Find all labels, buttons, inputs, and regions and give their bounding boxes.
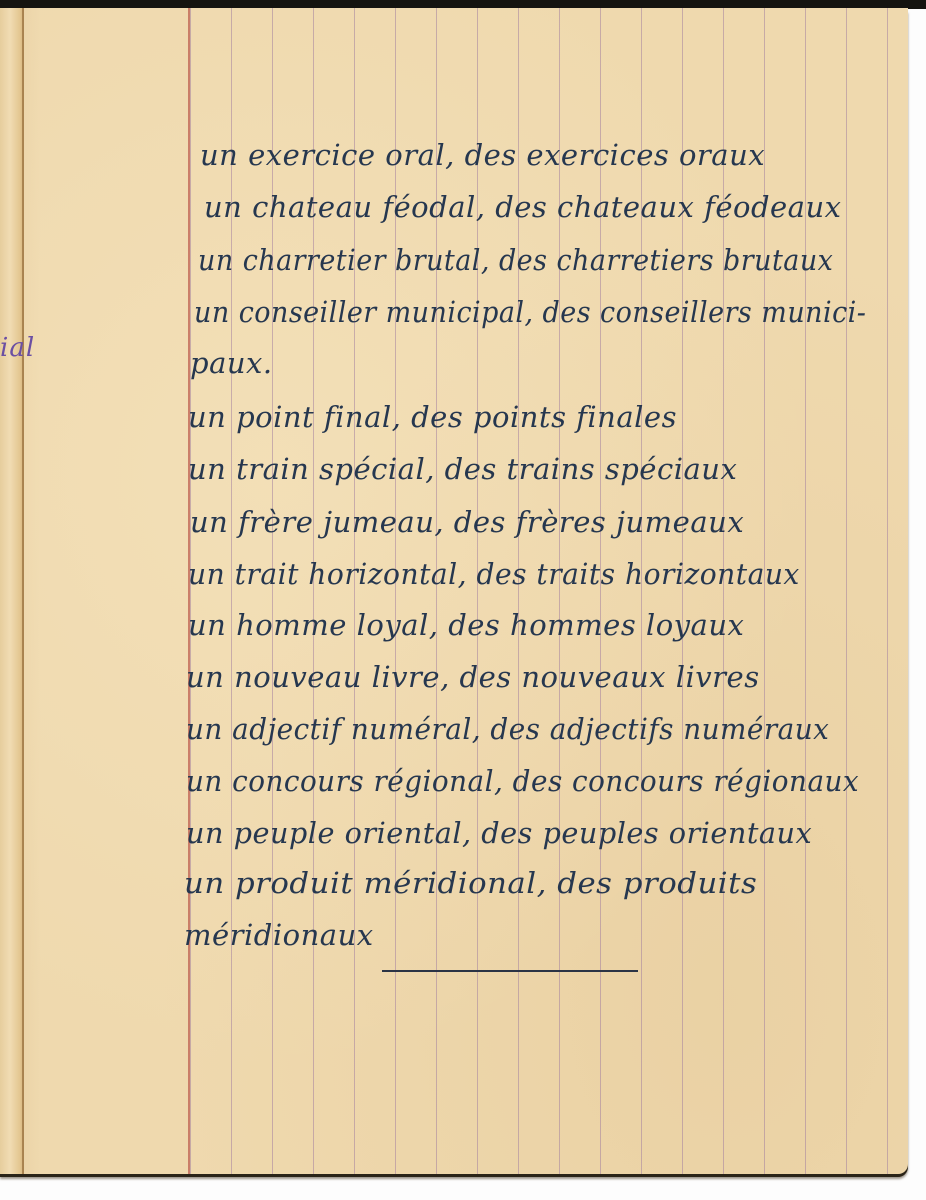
text-line-12: un adjectif numéral, des adjectifs numér… xyxy=(186,712,829,746)
text-line-7: un train spécial, des trains spéciaux xyxy=(188,452,737,486)
text-line-11: un nouveau livre, des nouveaux livres xyxy=(186,660,760,694)
text-line-1: un exercice oral, des exercices oraux xyxy=(200,138,765,172)
text-line-14: un peuple oriental, des peuples orientau… xyxy=(186,816,812,850)
text-line-6: un point final, des points finales xyxy=(188,400,677,434)
text-line-5: paux. xyxy=(190,346,273,380)
closing-underline xyxy=(382,970,638,972)
text-line-15: un produit méridional, des produits xyxy=(184,866,757,900)
handwritten-text: un exercice oral, des exercices oraux un… xyxy=(0,8,908,1174)
text-line-10: un homme loyal, des hommes loyaux xyxy=(188,608,744,642)
text-line-8: un frère jumeau, des frères jumeaux xyxy=(190,505,744,539)
text-line-4: un conseiller municipal, des conseillers… xyxy=(194,295,866,329)
text-line-13: un concours régional, des concours régio… xyxy=(186,764,859,798)
text-line-16: méridionaux xyxy=(184,918,374,952)
text-line-9: un trait horizontal, des traits horizont… xyxy=(188,557,800,591)
scanned-notebook-page: ial un exercice oral, des exercices orau… xyxy=(0,0,926,1200)
text-line-2: un chateau féodal, des chateaux féodeaux xyxy=(204,190,842,224)
notebook-page: ial un exercice oral, des exercices orau… xyxy=(0,8,908,1174)
text-line-3: un charretier brutal, des charretiers br… xyxy=(198,243,833,277)
